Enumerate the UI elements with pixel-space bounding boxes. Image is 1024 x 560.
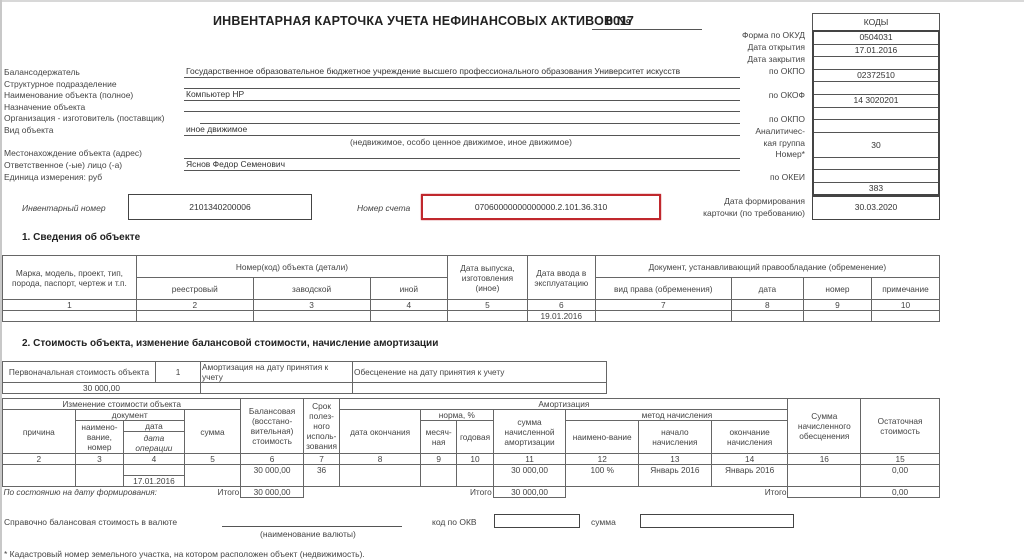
currency-sum-input[interactable] (640, 514, 794, 528)
code-okpo: 02372510 (814, 70, 938, 83)
col-num: 3 (253, 300, 370, 311)
cell (595, 311, 731, 322)
spacer (303, 487, 456, 498)
total-label-2: Итого (457, 487, 493, 498)
col-num: 12 (566, 454, 639, 465)
label-okof: по ОКОФ (769, 90, 805, 100)
col-num: 6 (527, 300, 595, 311)
method-group: метод начисления (566, 410, 788, 421)
col-num: 7 (303, 454, 339, 465)
col-num: 1 (3, 300, 137, 311)
cell-residual: 0,00 (861, 465, 940, 487)
total-balance: 30 000,00 (241, 487, 304, 498)
col-factory: заводской (253, 278, 370, 300)
cell-end-accrual: Январь 2016 (711, 465, 788, 487)
initial-cost-table: Первоначальная стоимость объекта 1 Аморт… (2, 361, 607, 394)
col-doc-number: номер (803, 278, 871, 300)
col-yearly: годовая (457, 421, 493, 454)
code-analytic-group: 30 (814, 133, 938, 158)
total-label: Итого (184, 487, 241, 498)
currency-label: Справочно балансовая стоимость в валюте (4, 517, 177, 527)
col-residual-cost: Остаточная стоимость (861, 399, 940, 454)
page-title: ИНВЕНТАРНАЯ КАРТОЧКА УЧЕТА НЕФИНАНСОВЫХ … (213, 14, 631, 28)
label-close-date: Дата закрытия (747, 54, 805, 64)
cell (3, 311, 137, 322)
col-num: 3 (75, 454, 123, 465)
okv-input[interactable] (494, 514, 580, 528)
code-close-date (814, 57, 938, 70)
col-num: 11 (493, 454, 566, 465)
code-number (814, 158, 938, 171)
account-number-value: 07060000000000000.2.101.36.310 (475, 202, 607, 212)
cell (731, 311, 803, 322)
field-line-purpose (184, 111, 740, 112)
account-number-label: Номер счета (357, 203, 410, 213)
cell (136, 311, 253, 322)
inventory-number-box: 2101340200006 (128, 194, 312, 220)
field-label-unit: Единица измерения: руб (4, 172, 102, 182)
label-okpo-2: по ОКПО (769, 114, 805, 124)
cell-useful-life: 36 (303, 465, 339, 487)
code-okei: 383 (814, 183, 938, 195)
field-line-manufacturer (200, 123, 740, 124)
footnote: * Кадастровый номер земельного участка, … (4, 549, 365, 559)
change-group: Изменение стоимости объекта (3, 399, 241, 410)
field-value-type: иное движимое (186, 124, 247, 134)
code-blank-2 (814, 108, 938, 121)
cell-start-accrual: Январь 2016 (639, 465, 712, 487)
col-num: 16 (788, 454, 861, 465)
code-okpo-2 (814, 120, 938, 133)
object-type-hint: (недвижимое, особо ценное движимое, иное… (350, 137, 572, 147)
col-registry: реестровый (136, 278, 253, 300)
codes-header: КОДЫ (812, 13, 940, 30)
section-1-title: 1. Сведения об объекте (22, 232, 140, 243)
amort-group: Амортизация (340, 399, 788, 410)
label-analytic-2: кая группа (763, 138, 805, 148)
cell-op-date: 17.01.2016 (124, 476, 185, 487)
code-blank-3 (814, 170, 938, 183)
total-residual: 0,00 (861, 487, 940, 498)
table-row: 30 000,00 36 30 000,00 100 % Январь 2016… (3, 465, 940, 476)
cell (448, 311, 528, 322)
col-num: 10 (457, 454, 493, 465)
table-row: 19.01.2016 (3, 311, 940, 322)
col-num: 15 (861, 454, 940, 465)
field-label-type: Вид объекта (4, 125, 53, 135)
col-num: 10 (871, 300, 939, 311)
col-op-date: дата операции (124, 432, 185, 454)
field-label-name: Наименование объекта (полное) (4, 90, 133, 100)
col-right-type: вид права (обременения) (595, 278, 731, 300)
total-impair (788, 487, 861, 498)
frame-top-border (0, 0, 1024, 2)
col-note: примечание (871, 278, 939, 300)
col-end-accrual: окончание начисления (711, 421, 788, 454)
cell-reason (3, 465, 76, 487)
col-release-date: Дата выпуска, изготовления (иное) (448, 256, 528, 300)
label-analytic-1: Аналитичес- (755, 126, 805, 136)
codes-box: КОДЫ 0504031 17.01.2016 02372510 14 3020… (812, 13, 940, 197)
code-open-date: 17.01.2016 (814, 45, 938, 58)
formation-date-label-2: карточки (по требованию) (703, 208, 805, 218)
currency-sum-label: сумма (591, 517, 616, 527)
label-okpo: по ОКПО (769, 66, 805, 76)
account-number-box: 07060000000000000.2.101.36.310 (421, 194, 661, 220)
field-label-holder: Балансодержатель (4, 67, 80, 77)
col-start-accrual: начало начисления (639, 421, 712, 454)
col-monthly: месяч-ная (421, 421, 457, 454)
field-value-holder: Государственное образовательное бюджетно… (186, 66, 680, 76)
col-num: 9 (421, 454, 457, 465)
initial-cost-label: Первоначальная стоимость объекта (3, 362, 156, 383)
field-line-responsible (184, 170, 740, 171)
cell (871, 311, 939, 322)
formation-date-box: 30.03.2020 (812, 194, 940, 220)
code-blank-1 (814, 82, 938, 95)
col-commission-date: Дата ввода в эксплуатацию (527, 256, 595, 300)
col-accrued-impairment: Сумма начисленного обесценения (788, 399, 861, 454)
commission-date-value: 19.01.2016 (527, 311, 595, 322)
inventory-number-value: 2101340200006 (189, 202, 250, 212)
cell-sum (184, 465, 241, 487)
currency-name-hint: (наименование валюты) (260, 529, 356, 539)
col-num: 2 (3, 454, 76, 465)
amort-on-accept-label: Амортизация на дату принятия к учету (201, 362, 353, 383)
section-1-table: Марка, модель, проект, тип, порода, пасп… (2, 255, 940, 322)
cell (370, 311, 448, 322)
col-num: 8 (731, 300, 803, 311)
spacer (566, 487, 711, 498)
initial-cost-col: 1 (156, 362, 201, 383)
impair-on-accept-label: Обесценение на дату принятия к учету (353, 362, 607, 383)
col-number-group: Номер(код) объекта (детали) (136, 256, 447, 278)
col-brand: Марка, модель, проект, тип, порода, пасп… (3, 256, 137, 300)
col-end-date: дата окончания (340, 410, 421, 454)
col-doc-date: дата (124, 421, 185, 432)
as-of-label: По состоянию на дату формирования: (3, 487, 185, 498)
impair-on-accept-value (353, 383, 607, 394)
field-label-location: Местонахождение объекта (адрес) (4, 148, 142, 158)
field-line-type (184, 135, 740, 136)
col-accrued-amort: сумма начисленной амортизации (493, 410, 566, 454)
cost-change-table: Изменение стоимости объекта Балансовая (… (2, 398, 940, 498)
field-value-responsible: Яснов Федор Семенович (186, 159, 285, 169)
col-num: 4 (124, 454, 185, 465)
label-okei: по ОКЕИ (770, 172, 805, 182)
column-numbers-row: 2 3 4 5 6 7 8 9 10 11 12 13 14 16 15 (3, 454, 940, 465)
section-2-title: 2. Стоимость объекта, изменение балансов… (22, 338, 438, 349)
column-numbers-row: 1 2 3 4 5 6 7 8 9 10 (3, 300, 940, 311)
col-doc-date: дата (731, 278, 803, 300)
okv-label: код по ОКВ (432, 517, 477, 527)
code-okof: 14 3020201 (814, 95, 938, 108)
col-num: 7 (595, 300, 731, 311)
col-num: 8 (340, 454, 421, 465)
label-okud: Форма по ОКУД (742, 30, 805, 40)
cell-method-name: 100 % (566, 465, 639, 487)
totals-row: По состоянию на дату формирования: Итого… (3, 487, 940, 498)
field-label-purpose: Назначение объекта (4, 102, 85, 112)
cell-doc-date (124, 465, 185, 476)
col-sum: сумма (184, 410, 241, 454)
inventory-number-label: Инвентарный номер (22, 203, 106, 213)
col-doc-group: Документ, устанавливающий правообладание… (595, 256, 939, 278)
col-num: 4 (370, 300, 448, 311)
cell (253, 311, 370, 322)
cell-end-date (340, 465, 421, 487)
cell-yearly (457, 465, 493, 487)
col-balance-cost: Балансовая (восстано-вительная) стоимост… (241, 399, 304, 454)
total-amort: 30 000,00 (493, 487, 566, 498)
cell-accrued-impair (788, 465, 861, 487)
doc-group: документ (75, 410, 184, 421)
cell-monthly (421, 465, 457, 487)
col-reason: причина (3, 410, 76, 454)
currency-name-line (222, 526, 402, 527)
amort-on-accept-value (201, 383, 353, 394)
field-line-name (184, 100, 740, 101)
initial-cost-value: 30 000,00 (3, 383, 201, 394)
card-number-underline (592, 29, 702, 30)
label-open-date: Дата открытия (748, 42, 805, 52)
col-num: 14 (711, 454, 788, 465)
cell (803, 311, 871, 322)
col-num: 13 (639, 454, 712, 465)
total-label-3: Итого (711, 487, 788, 498)
field-value-name: Компьютер HP (186, 89, 244, 99)
field-label-responsible: Ответственное (-ые) лицо (-а) (4, 160, 122, 170)
field-label-subdivision: Структурное подразделение (4, 79, 117, 89)
field-label-manufacturer: Организация - изготовитель (поставщик) (4, 113, 164, 123)
norm-group: норма, % (421, 410, 494, 421)
field-line-holder (184, 77, 740, 78)
col-num: 5 (448, 300, 528, 311)
card-number: 0017 (606, 14, 634, 28)
cell-accrued-amort: 30 000,00 (493, 465, 566, 487)
col-num: 9 (803, 300, 871, 311)
code-okud: 0504031 (814, 32, 938, 45)
field-line-subdivision (184, 88, 740, 89)
col-doc-name: наимено-вание, номер (75, 421, 123, 454)
col-other: иной (370, 278, 448, 300)
formation-date-value: 30.03.2020 (855, 202, 898, 212)
col-method-name: наимено-вание (566, 421, 639, 454)
col-num: 2 (136, 300, 253, 311)
col-useful-life: Срок полез-ного исполь-зования (303, 399, 339, 454)
col-num: 6 (241, 454, 304, 465)
label-number: Номер* (776, 149, 805, 159)
formation-date-label-1: Дата формирования (724, 196, 805, 206)
cell-balance-cost: 30 000,00 (241, 465, 304, 487)
cell-doc-name (75, 465, 123, 487)
col-num: 5 (184, 454, 241, 465)
